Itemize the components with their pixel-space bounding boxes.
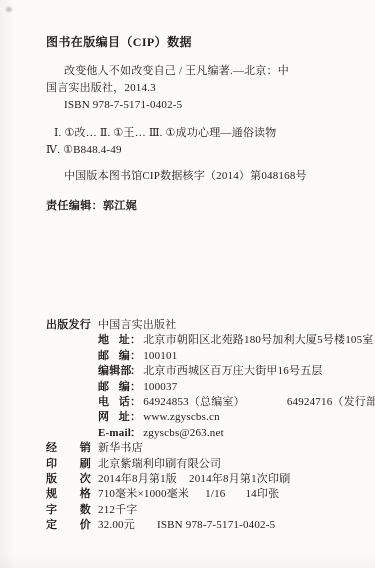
classification-line-2: Ⅳ. ①B848.4-49 — [46, 142, 361, 159]
postcode-label: 邮编 — [98, 349, 130, 364]
classification-line-1: Ⅰ. ①改… Ⅱ. ①王… Ⅲ. ①成功心理—通俗读物 — [46, 125, 361, 142]
postcode-row-2: 邮编：100037 — [46, 380, 361, 395]
distributor-row: 经销新华书店 — [46, 441, 361, 456]
printer-value: 北京紫瑞利印刷有限公司 — [98, 458, 221, 470]
editorial-dept-row: 编辑部：北京市西城区百万庄大街甲16号五层 — [46, 364, 361, 379]
publisher-label: 出版发行 — [46, 318, 91, 333]
colon: ： — [130, 427, 141, 439]
email-row: E-mail：zgyscbs@263.net — [46, 426, 361, 441]
edition-value: 2014年8月第1版 — [98, 473, 177, 485]
cip-classification: Ⅰ. ①改… Ⅱ. ①王… Ⅲ. ①成功心理—通俗读物 Ⅳ. ①B848.4-4… — [46, 125, 361, 159]
cip-book-line-2: 国言实出版社，2014.3 — [46, 80, 361, 97]
format-folio: 1/16 — [205, 488, 225, 500]
colon: ： — [130, 334, 141, 346]
format-label: 规格 — [46, 487, 91, 502]
wordcount-label: 字数 — [46, 503, 91, 518]
format-size: 710毫米×1000毫米 — [98, 488, 189, 500]
address-row: 地址：北京市朝阳区北苑路180号加利大厦5号楼105室 — [46, 333, 361, 348]
colon: ： — [130, 381, 141, 393]
website-row: 网址：www.zgyscbs.cn — [46, 410, 361, 425]
publisher-row: 出版发行中国言实出版社 — [46, 318, 361, 333]
colon: ： — [130, 396, 141, 408]
phone-main: 64924853（总编室） — [143, 396, 245, 408]
cip-record-number: 中国版本图书馆CIP数据核字（2014）第048168号 — [46, 168, 361, 185]
postcode-label-2: 邮编 — [98, 380, 130, 395]
address-label: 地址 — [98, 333, 130, 348]
phone-distribution: 64924716（发行部） — [287, 396, 375, 408]
distributor-value: 新华书店 — [98, 442, 143, 454]
editorial-dept-value: 北京市西城区百万庄大街甲16号五层 — [143, 365, 322, 377]
email-label: E-mail — [98, 426, 130, 441]
cip-title: 图书在版编目（CIP）数据 — [46, 34, 361, 51]
page-content: 图书在版编目（CIP）数据 改变他人不如改变自己 / 王凡编著.—北京：中 国言… — [0, 0, 375, 534]
printing-value: 2014年8月第1次印刷 — [189, 473, 290, 485]
colon: ： — [130, 411, 141, 423]
edition-label: 版次 — [46, 472, 91, 487]
colon: ： — [130, 350, 141, 362]
format-row: 规格710毫米×1000毫米1/1614印张 — [46, 487, 361, 502]
publisher-value: 中国言实出版社 — [98, 319, 176, 331]
printer-row: 印刷北京紫瑞利印刷有限公司 — [46, 457, 361, 472]
postcode-row: 邮编：100101 — [46, 349, 361, 364]
address-value: 北京市朝阳区北苑路180号加利大厦5号楼105室 — [143, 334, 373, 346]
book-copyright-page: 图书在版编目（CIP）数据 改变他人不如改变自己 / 王凡编著.—北京：中 国言… — [0, 0, 375, 568]
cip-isbn-line: ISBN 978-7-5171-0402-5 — [46, 97, 361, 114]
cip-book-line-1: 改变他人不如改变自己 / 王凡编著.—北京：中 — [46, 63, 361, 80]
editor-name: 郭江娓 — [103, 200, 137, 212]
colon: ： — [130, 365, 141, 377]
distributor-label: 经销 — [46, 441, 91, 456]
wordcount-row: 字数212千字 — [46, 503, 361, 518]
email-value: zgyscbs@263.net — [143, 427, 224, 439]
website-label: 网址 — [98, 410, 130, 425]
price-label: 定价 — [46, 518, 91, 533]
website-value: www.zgyscbs.cn — [143, 411, 220, 423]
cip-book-entry: 改变他人不如改变自己 / 王凡编著.—北京：中 国言实出版社，2014.3 IS… — [46, 63, 361, 114]
phone-row: 电话：64924853（总编室）64924716（发行部） — [46, 395, 361, 410]
printer-label: 印刷 — [46, 457, 91, 472]
editor-line: 责任编辑：郭江娓 — [46, 198, 361, 215]
colophon-block: 出版发行中国言实出版社 地址：北京市朝阳区北苑路180号加利大厦5号楼105室 … — [46, 318, 361, 534]
wordcount-value: 212千字 — [98, 504, 138, 516]
price-isbn: ISBN 978-7-5171-0402-5 — [157, 519, 275, 531]
editorial-dept-label: 编辑部 — [98, 364, 130, 379]
postcode-value-2: 100037 — [143, 381, 177, 393]
editor-label: 责任编辑： — [46, 200, 103, 212]
format-sheets: 14印张 — [245, 488, 279, 500]
postcode-value: 100101 — [143, 350, 177, 362]
price-value: 32.00元 — [98, 519, 135, 531]
phone-label: 电话 — [98, 395, 130, 410]
edition-row: 版次2014年8月第1版2014年8月第1次印刷 — [46, 472, 361, 487]
price-row: 定价32.00元ISBN 978-7-5171-0402-5 — [46, 518, 361, 533]
